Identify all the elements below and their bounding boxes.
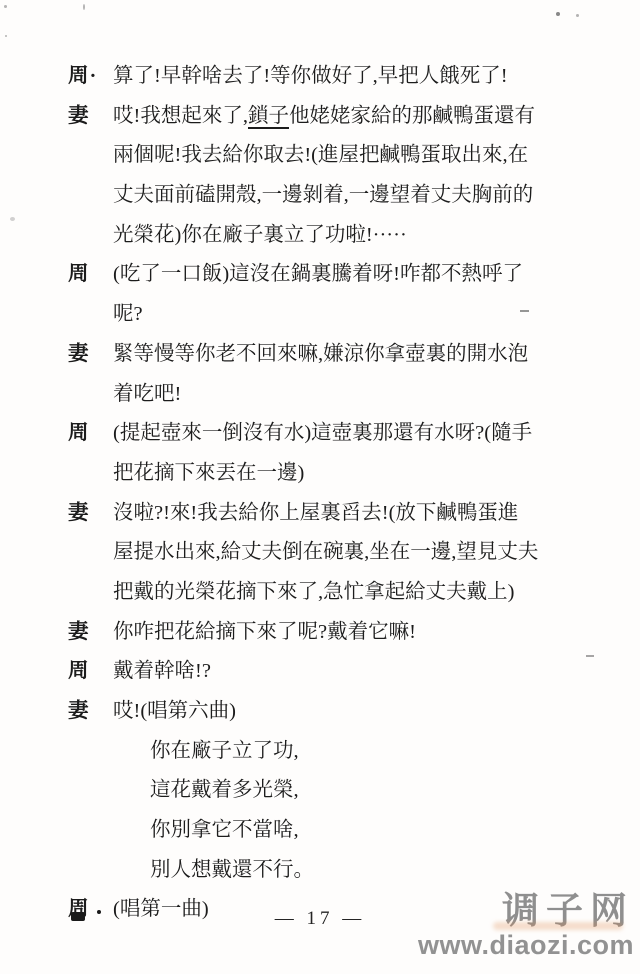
dialogue-text: 兩個呢!我去給你取去!(進屋把鹹鴨蛋取出來,在 xyxy=(113,136,634,176)
script-line: 妻哎!(唱第六曲) xyxy=(68,692,634,732)
text-segment: 哎!(唱第六曲) xyxy=(113,700,236,722)
script-line: 光榮花)你在廠子裏立了功啦!····· xyxy=(68,216,634,256)
text-segment: 丈夫面前磕開殼,一邊剝着,一邊望着丈夫胸前的 xyxy=(113,184,533,206)
text-segment: 屋提水出來,給丈夫倒在碗裏,坐在一邊,望見丈夫 xyxy=(113,541,538,563)
text-segment: 他姥姥家給的那鹹鴨蛋還有 xyxy=(289,105,535,127)
text-segment: 你在廠子立了功, xyxy=(150,740,299,762)
dialogue-text: 着吃吧! xyxy=(113,375,634,415)
speaker-label xyxy=(68,811,113,851)
text-segment: 戴着幹啥!? xyxy=(113,660,211,682)
script-line: 妻沒啦?!來!我去給你上屋裏舀去!(放下鹹鴨蛋進 xyxy=(68,494,634,534)
dialogue-text: 丈夫面前磕開殼,一邊剝着,一邊望着丈夫胸前的 xyxy=(113,176,634,216)
scan-speck xyxy=(83,4,85,10)
speaker-label: 妻 xyxy=(68,97,113,137)
text-segment: 緊等慢等你老不回來嘛,嫌涼你拿壺裏的開水泡 xyxy=(113,343,528,365)
speaker-label xyxy=(68,771,113,811)
dialogue-text: 你別拿它不當啥, xyxy=(113,811,634,851)
script-line: 着吃吧! xyxy=(68,375,634,415)
dialogue-text: 你咋把花給摘下來了呢?戴着它嘛! xyxy=(113,613,634,653)
scan-speck xyxy=(556,12,560,16)
speaker-label xyxy=(68,176,113,216)
text-segment: (吃了一口飯)這沒在鍋裏騰着呀!咋都不熱呼了 xyxy=(113,263,523,285)
dialogue-text: 哎!(唱第六曲) xyxy=(113,692,634,732)
dialogue-text: 算了!早幹啥去了!等你做好了,早把人餓死了! xyxy=(113,57,634,97)
text-segment: 把戴的光榮花摘下來了,急忙拿起給丈夫戴上) xyxy=(113,581,514,603)
dialogue-text: (吃了一口飯)這沒在鍋裏騰着呀!咋都不熱呼了 xyxy=(113,255,634,295)
scan-speck xyxy=(5,35,7,37)
script-line: 你在廠子立了功, xyxy=(68,732,634,772)
text-segment: 別人想戴還不行。 xyxy=(150,859,314,881)
speaker-label: 妻 xyxy=(68,335,113,375)
text-segment: 光榮花)你在廠子裏立了功啦!····· xyxy=(113,224,407,246)
text-segment: 哎!我想起來了, xyxy=(113,105,248,127)
dialogue-text: 屋提水出來,給丈夫倒在碗裏,坐在一邊,望見丈夫 xyxy=(113,533,634,573)
text-segment: 這花戴着多光榮, xyxy=(150,779,299,801)
ink-smudge xyxy=(97,910,101,914)
speaker-label xyxy=(68,851,113,891)
speaker-label xyxy=(68,732,113,772)
speaker-label: 妻 xyxy=(68,494,113,534)
text-segment: 你別拿它不當啥, xyxy=(150,819,299,841)
speaker-label: 周 xyxy=(68,414,113,454)
text-segment: 算了!早幹啥去了!等你做好了,早把人餓死了! xyxy=(113,65,508,87)
script-line: 把戴的光榮花摘下來了,急忙拿起給丈夫戴上) xyxy=(68,573,634,613)
scan-speck xyxy=(576,14,579,17)
text-segment: 着吃吧! xyxy=(113,383,181,405)
speaker-label xyxy=(68,216,113,256)
script-line: 別人想戴還不行。 xyxy=(68,851,634,891)
dialogue-text: 你在廠子立了功, xyxy=(113,732,634,772)
scan-speck xyxy=(520,310,529,312)
dialogue-text: 這花戴着多光榮, xyxy=(113,771,634,811)
scan-speck xyxy=(586,655,594,657)
script-line: 周(提起壺來一倒沒有水)這壺裏那還有水呀?(隨手 xyxy=(68,414,634,454)
script-line: 呢? xyxy=(68,295,634,335)
watermark: 调子网 www.diaozi.com xyxy=(418,892,634,959)
scan-speck xyxy=(10,217,15,221)
speaker-label: 妻 xyxy=(68,692,113,732)
script-line: 屋提水出來,給丈夫倒在碗裏,坐在一邊,望見丈夫 xyxy=(68,533,634,573)
dialogue-text: 緊等慢等你老不回來嘛,嫌涼你拿壺裏的開水泡 xyxy=(113,335,634,375)
speaker-label xyxy=(68,533,113,573)
script-line: 周(吃了一口飯)這沒在鍋裏騰着呀!咋都不熱呼了 xyxy=(68,255,634,295)
speaker-label xyxy=(68,136,113,176)
text-segment: 沒啦?!來!我去給你上屋裏舀去!(放下鹹鴨蛋進 xyxy=(113,502,518,524)
dialogue-text: 光榮花)你在廠子裏立了功啦!····· xyxy=(113,216,634,256)
dialogue-text: 哎!我想起來了,鎖子他姥姥家給的那鹹鴨蛋還有 xyxy=(113,97,634,137)
script-line: 把花摘下來丟在一邊) xyxy=(68,454,634,494)
speaker-label: 周 xyxy=(68,255,113,295)
speaker-label xyxy=(68,375,113,415)
script-line: 妻哎!我想起來了,鎖子他姥姥家給的那鹹鴨蛋還有 xyxy=(68,97,634,137)
watermark-ghost-mark xyxy=(493,922,623,930)
script-line: 妻你咋把花給摘下來了呢?戴着它嘛! xyxy=(68,613,634,653)
speaker-label: 周· xyxy=(68,57,113,97)
speaker-label xyxy=(68,454,113,494)
dialogue-text: (提起壺來一倒沒有水)這壺裏那還有水呀?(隨手 xyxy=(113,414,634,454)
dialogue-text: 戴着幹啥!? xyxy=(113,652,634,692)
script-line: 周·算了!早幹啥去了!等你做好了,早把人餓死了! xyxy=(68,57,634,97)
text-segment: 呢? xyxy=(113,303,143,325)
dialogue-text: 別人想戴還不行。 xyxy=(113,851,634,891)
speaker-label: 妻 xyxy=(68,613,113,653)
script-line: 這花戴着多光榮, xyxy=(68,771,634,811)
ink-smudge xyxy=(71,912,85,921)
scanned-page: 周·算了!早幹啥去了!等你做好了,早把人餓死了!妻哎!我想起來了,鎖子他姥姥家給… xyxy=(0,0,640,974)
speaker-label: 周 xyxy=(68,652,113,692)
proper-name-underlined: 鎖子 xyxy=(248,105,289,129)
dialogue-text: 呢? xyxy=(113,295,634,335)
scan-speck xyxy=(4,5,7,8)
dialogue-text: 把花摘下來丟在一邊) xyxy=(113,454,634,494)
speaker-label xyxy=(68,573,113,613)
watermark-site-url: www.diaozi.com xyxy=(418,932,634,959)
dialogue-text: 沒啦?!來!我去給你上屋裏舀去!(放下鹹鴨蛋進 xyxy=(113,494,634,534)
script-body: 周·算了!早幹啥去了!等你做好了,早把人餓死了!妻哎!我想起來了,鎖子他姥姥家給… xyxy=(68,57,634,930)
text-segment: (提起壺來一倒沒有水)這壺裏那還有水呀?(隨手 xyxy=(113,422,532,444)
text-segment: 把花摘下來丟在一邊) xyxy=(113,462,304,484)
text-segment: 你咋把花給摘下來了呢?戴着它嘛! xyxy=(113,621,416,643)
text-segment: 兩個呢!我去給你取去!(進屋把鹹鴨蛋取出來,在 xyxy=(113,144,528,166)
script-line: 丈夫面前磕開殼,一邊剝着,一邊望着丈夫胸前的 xyxy=(68,176,634,216)
script-line: 你別拿它不當啥, xyxy=(68,811,634,851)
script-line: 妻緊等慢等你老不回來嘛,嫌涼你拿壺裏的開水泡 xyxy=(68,335,634,375)
script-line: 兩個呢!我去給你取去!(進屋把鹹鴨蛋取出來,在 xyxy=(68,136,634,176)
speaker-label xyxy=(68,295,113,335)
dialogue-text: 把戴的光榮花摘下來了,急忙拿起給丈夫戴上) xyxy=(113,573,634,613)
script-line: 周戴着幹啥!? xyxy=(68,652,634,692)
